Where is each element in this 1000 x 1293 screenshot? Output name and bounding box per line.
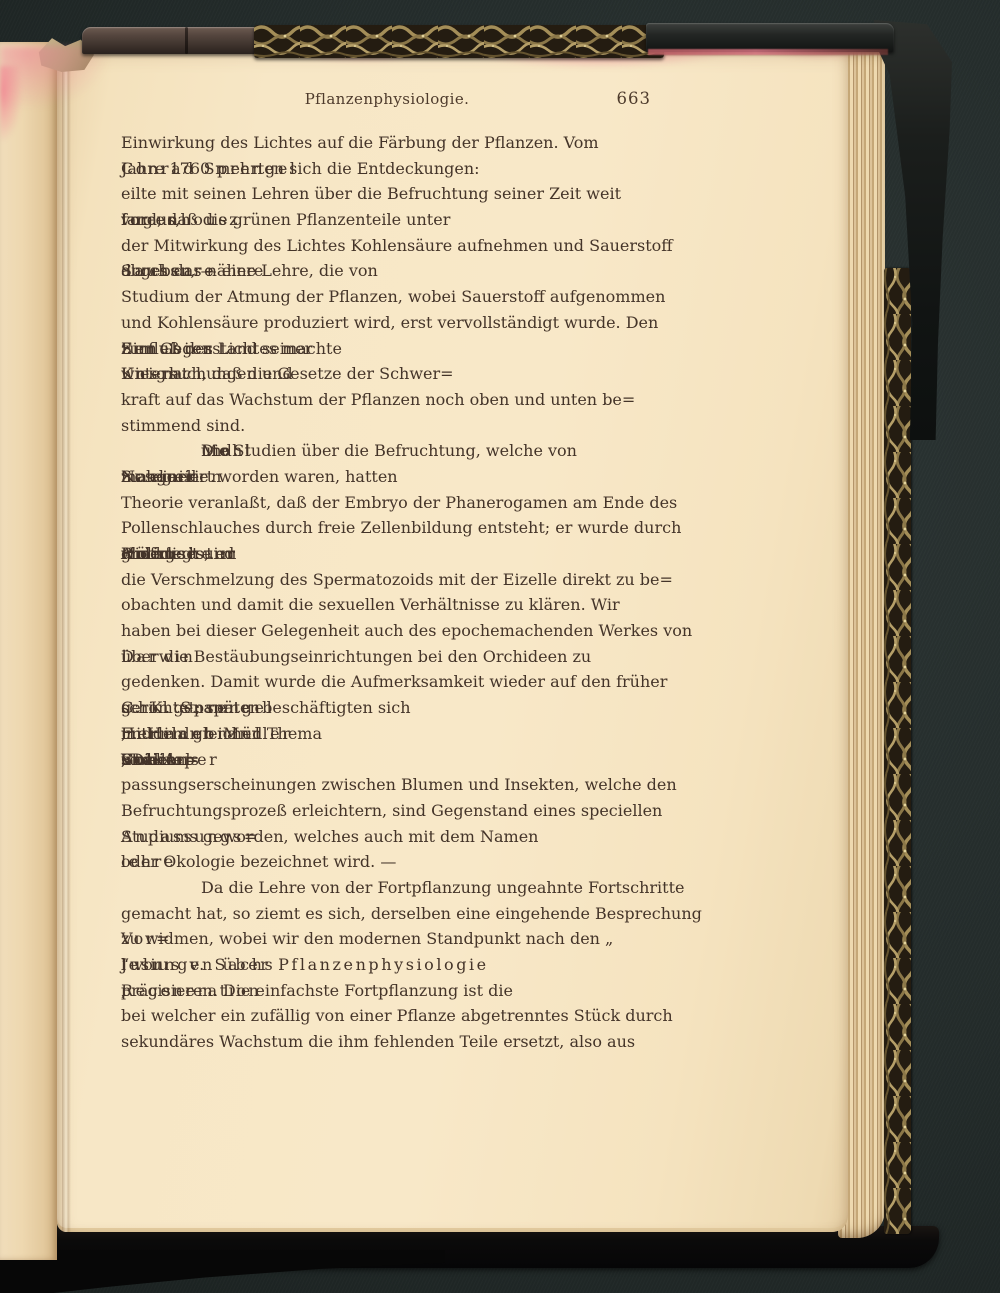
text-segment: sekundäres Wachstum die ihm fehlenden Te… (121, 1029, 635, 1055)
text-line: obachten und damit die sexuellen Verhält… (121, 592, 653, 618)
text-segment: , (121, 978, 126, 1004)
text-line: abgeben, — eine Lehre, die von Saussure … (121, 258, 653, 284)
text-line: passungserscheinungen zwischen Blumen un… (121, 772, 653, 798)
text-segment: und (161, 438, 232, 464)
text-segment: gedenken. Damit wurde die Aufmerksamkeit… (121, 669, 667, 695)
facing-page-edge (0, 42, 57, 1260)
text-segment: obachten und damit die sexuellen Verhält… (121, 592, 620, 618)
text-segment: glückte es, (121, 541, 209, 567)
text-segment: über die Bestäubungseinrichtungen bei de… (121, 644, 591, 670)
text-segment: Da die Lehre von der Fortpflanzung ungea… (161, 875, 685, 901)
text-line: lehre oder Okologie bezeichnet wird. — (121, 849, 653, 875)
text-line: lesungen über Pflanzenphysiologie“ von J… (121, 952, 653, 978)
letterspaced-name: Vor= (121, 926, 172, 952)
text-segment: durch das nähere (121, 258, 263, 284)
letterspaced-name: Anpassungs= (121, 824, 260, 850)
text-line: Amici und Hofmeister widerlegt und Pring… (121, 541, 653, 567)
text-segment: Pollenschlauches durch freie Zellenbildu… (121, 515, 681, 541)
text-segment: die Verschmelzung des Spermatozoids mit … (121, 567, 673, 593)
leather-seam (185, 27, 188, 54)
book-cover-bottom-left (0, 1250, 445, 1293)
text-segment: passungserscheinungen zwischen Blumen un… (121, 772, 677, 798)
text-line: Befruchtungsprozeß erleichtern, sind Geg… (121, 798, 653, 824)
letterspaced-name: Julius v. Sachs (121, 952, 275, 978)
text-line: eilte mit seinen Lehren über die Befruch… (121, 181, 653, 207)
text-line: Die Studien über die Befruchtung, welche… (121, 438, 653, 464)
text-segment: und Kohlensäure produziert wird, erst ve… (121, 310, 658, 336)
text-segment: fand, daß die grünen Pflanzenteile unter (121, 207, 450, 233)
text-block: Einwirkung des Lichtes auf die Färbung d… (121, 130, 653, 1055)
text-line: gemacht hat, so ziemt es sich, derselben… (121, 901, 653, 927)
text-line: Einwirkung des Lichtes auf die Färbung d… (121, 130, 653, 156)
text-segment: wies nach, daß die Gesetze der Schwer= (121, 361, 454, 387)
text-line: Theorie veranlaßt, daß der Embryo der Ph… (121, 490, 653, 516)
book-page: Pflanzenphysiologie. 663 Einwirkung des … (57, 48, 848, 1232)
running-title: Pflanzenphysiologie. (121, 90, 653, 108)
text-line: Da die Lehre von der Fortpflanzung ungea… (121, 875, 653, 901)
text-segment: Einwirkung des Lichtes auf die Färbung d… (121, 130, 599, 156)
text-line: Darwin über die Bestäubungseinrichtungen… (121, 644, 653, 670)
text-segment: haben bei dieser Gelegenheit auch des ep… (121, 618, 692, 644)
text-segment: stimmend sind. (121, 413, 245, 439)
text-line: voraus, Ingenhousz fand, daß die grünen … (121, 207, 653, 233)
text-line: kraft auf das Wachstum der Pflanzen noch… (121, 387, 653, 413)
text-line: Studium der Atmung der Pflanzen, wobei S… (121, 284, 653, 310)
text-line: Untersuchungen und Knight wies nach, daß… (121, 361, 653, 387)
marble-pattern-horizontal (254, 25, 664, 58)
text-segment: oder Okologie bezeichnet wird. — (121, 849, 396, 875)
text-segment: Befruchtungsprozeß erleichtern, sind Geg… (121, 798, 662, 824)
text-segment: zu seiner (121, 464, 195, 490)
text-segment: , (121, 721, 126, 747)
red-stained-edge-line (648, 49, 888, 55)
text-line: schon genannten C. K. Sprengel gerichtet… (121, 695, 653, 721)
text-segment: der Mitwirkung des Lichtes Kohlensäure a… (121, 233, 673, 259)
text-segment: gemacht hat, so ziemt es sich, derselben… (121, 901, 702, 927)
book-photo: Pflanzenphysiologie. 663 Einwirkung des … (0, 0, 1000, 1293)
text-line: gedenken. Damit wurde die Aufmerksamkeit… (121, 669, 653, 695)
text-line: Jahre 1760 mehrten sich die Entdeckungen… (121, 156, 653, 182)
text-line: der Mitwirkung des Lichtes Kohlensäure a… (121, 233, 653, 259)
letterspaced-name: Regeneration (121, 978, 261, 1004)
marbled-headband (254, 25, 664, 58)
text-segment: Theorie veranlaßt, daß der Embryo der Ph… (121, 490, 677, 516)
text-segment: kraft auf das Wachstum der Pflanzen noch… (121, 387, 635, 413)
cover-board-top-edge (646, 23, 894, 52)
text-line: Einfluß des Lichtes machte Senebier zum … (121, 336, 653, 362)
text-line: und Kohlensäure produziert wird, erst ve… (121, 310, 653, 336)
text-segment: . Die An= (121, 747, 199, 773)
letterspaced-name: Conrad Sprengel (121, 156, 298, 182)
text-line: zu widmen, wobei wir den modernen Standp… (121, 926, 653, 952)
spine-leather-cap (82, 27, 260, 54)
letterspaced-name: Hermann Müller (121, 721, 292, 747)
text-line: haben bei dieser Gelegenheit auch des ep… (121, 618, 653, 644)
text-line: die Verschmelzung des Spermatozoids mit … (121, 567, 653, 593)
page-number: 663 (617, 89, 652, 108)
text-line: Naegeli inauguriert worden waren, hatten… (121, 464, 653, 490)
text-line: Studiums geworden, welches auch mit dem … (121, 824, 653, 850)
text-segment: zum Gegenstand seiner (121, 336, 312, 362)
marbled-fore-edge (884, 268, 911, 1234)
text-line: sekundäres Wachstum die ihm fehlenden Te… (121, 1029, 653, 1055)
text-line: stimmend sind. (121, 413, 653, 439)
gutter-crease (62, 48, 71, 1232)
text-line: mit dem gleichen Thema F. Hildebrand und… (121, 721, 653, 747)
text-line: bei welcher ein zufällig von einer Pflan… (121, 1003, 653, 1029)
text-segment: eilte mit seinen Lehren über die Befruch… (121, 181, 621, 207)
page-header: Pflanzenphysiologie. 663 (121, 90, 653, 114)
text-line: Pollenschlauches durch freie Zellenbildu… (121, 515, 653, 541)
text-segment: bei welcher ein zufällig von einer Pflan… (121, 1003, 673, 1029)
text-line: sowie Volkens, Stahl, Goebel und Schimpe… (121, 747, 653, 773)
text-segment: Studium der Atmung der Pflanzen, wobei S… (121, 284, 665, 310)
text-line: präcisieren. Die einfachste Fortpflanzun… (121, 978, 653, 1004)
text-segment: zu widmen, wobei wir den modernen Standp… (121, 926, 613, 952)
marble-pattern-vertical (884, 268, 911, 1234)
text-segment: gerichtet; später beschäftigten sich (121, 695, 411, 721)
